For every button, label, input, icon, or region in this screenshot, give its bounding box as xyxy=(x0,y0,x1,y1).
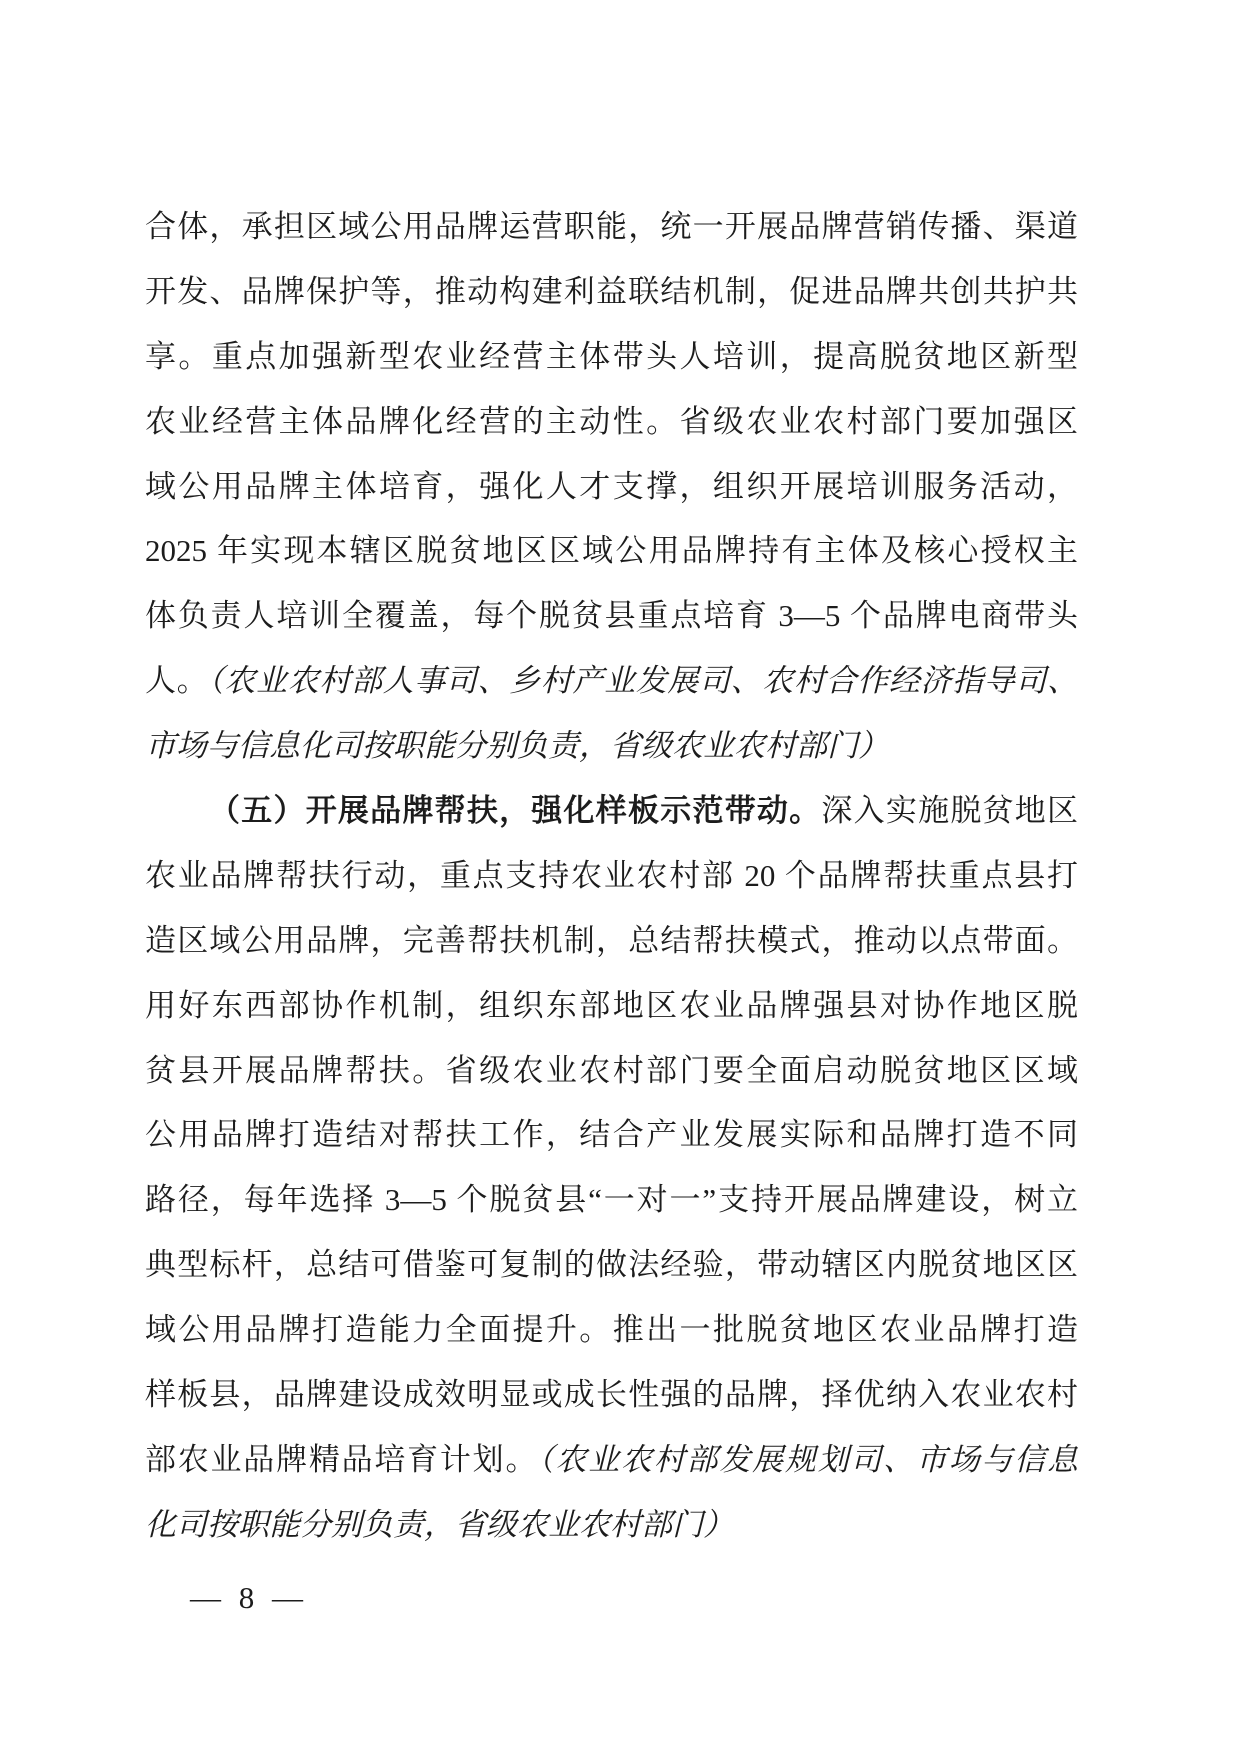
text-line: 部农业品牌精品培育计划。（农业农村部发展规划司、市场与信息 xyxy=(145,1428,1078,1493)
text-segment-body: 贫县开展品牌帮扶。省级农业农村部门要全面启动脱贫地区区域 xyxy=(145,1053,1078,1088)
text-line: 农业品牌帮扶行动，重点支持农业农村部 20 个品牌帮扶重点县打 xyxy=(145,844,1078,909)
text-segment-body: 域公用品牌打造能力全面提升。推出一批脱贫地区农业品牌打造 xyxy=(145,1312,1078,1347)
text-segment-body: 用好东西部协作机制，组织东部地区农业品牌强县对协作地区脱 xyxy=(145,988,1078,1023)
text-line: 路径，每年选择 3—5 个脱贫县“一对一”支持开展品牌建设，树立 xyxy=(145,1168,1078,1233)
text-line: 享。重点加强新型农业经营主体带头人培训，提高脱贫地区新型 xyxy=(145,325,1078,390)
text-segment-body: 2025 年实现本辖区脱贫地区区域公用品牌持有主体及核心授权主 xyxy=(145,533,1078,568)
text-segment-body: 开发、品牌保护等，推动构建利益联结机制，促进品牌共创共护共 xyxy=(145,274,1078,309)
text-line: 公用品牌打造结对帮扶工作，结合产业发展实际和品牌打造不同 xyxy=(145,1103,1078,1168)
text-line: 典型标杆，总结可借鉴可复制的做法经验，带动辖区内脱贫地区区 xyxy=(145,1233,1078,1298)
document-page: 合体，承担区域公用品牌运营职能，统一开展品牌营销传播、渠道开发、品牌保护等，推动… xyxy=(0,0,1240,1754)
text-segment-body: 域公用品牌主体培育，强化人才支撑，组织开展培训服务活动， xyxy=(145,469,1078,504)
text-line: 域公用品牌主体培育，强化人才支撑，组织开展培训服务活动， xyxy=(145,455,1078,520)
text-line: 市场与信息化司按职能分别负责，省级农业农村部门） xyxy=(145,714,1078,779)
text-segment-body: 农业经营主体品牌化经营的主动性。省级农业农村部门要加强区 xyxy=(145,404,1078,439)
text-segment-body: 合体，承担区域公用品牌运营职能，统一开展品牌营销传播、渠道 xyxy=(145,209,1078,244)
page-number: — 8 — xyxy=(190,1578,308,1618)
text-line: 贫县开展品牌帮扶。省级农业农村部门要全面启动脱贫地区区域 xyxy=(145,1039,1078,1104)
text-segment-body: 部农业品牌精品培育计划。 xyxy=(145,1442,538,1477)
text-line: 化司按职能分别负责，省级农业农村部门） xyxy=(145,1493,1078,1558)
text-segment-body: 样板县，品牌建设成效明显或成长性强的品牌，择优纳入农业农村 xyxy=(145,1377,1078,1412)
text-segment-body: 路径，每年选择 3—5 个脱贫县“一对一”支持开展品牌建设，树立 xyxy=(145,1182,1078,1217)
text-segment-kai: （农业农村部发展规划司、市场与信息 xyxy=(538,1442,1078,1477)
text-segment-body: 人。 xyxy=(145,663,208,698)
text-segment-body: 造区域公用品牌，完善帮扶机制，总结帮扶模式，推动以点带面。 xyxy=(145,923,1078,958)
text-segment-kai: （农业农村部人事司、乡村产业发展司、农村合作经济指导司、 xyxy=(208,663,1078,698)
text-segment-body: 体负责人培训全覆盖，每个脱贫县重点培育 3—5 个品牌电商带头 xyxy=(145,598,1078,633)
text-line: 2025 年实现本辖区脱贫地区区域公用品牌持有主体及核心授权主 xyxy=(145,519,1078,584)
text-segment-body: 公用品牌打造结对帮扶工作，结合产业发展实际和品牌打造不同 xyxy=(145,1117,1078,1152)
text-line: 样板县，品牌建设成效明显或成长性强的品牌，择优纳入农业农村 xyxy=(145,1363,1078,1428)
text-line: 合体，承担区域公用品牌运营职能，统一开展品牌营销传播、渠道 xyxy=(145,195,1078,260)
text-line: 人。（农业农村部人事司、乡村产业发展司、农村合作经济指导司、 xyxy=(145,649,1078,714)
text-segment-kai: 市场与信息化司按职能分别负责，省级农业农村部门） xyxy=(145,728,889,763)
text-line: 体负责人培训全覆盖，每个脱贫县重点培育 3—5 个品牌电商带头 xyxy=(145,584,1078,649)
text-line: （五）开展品牌帮扶，强化样板示范带动。深入实施脱贫地区 xyxy=(145,779,1078,844)
text-line: 域公用品牌打造能力全面提升。推出一批脱贫地区农业品牌打造 xyxy=(145,1298,1078,1363)
text-segment-body: 农业品牌帮扶行动，重点支持农业农村部 20 个品牌帮扶重点县打 xyxy=(145,858,1078,893)
document-body: 合体，承担区域公用品牌运营职能，统一开展品牌营销传播、渠道开发、品牌保护等，推动… xyxy=(145,195,1078,1558)
text-segment-body: 享。重点加强新型农业经营主体带头人培训，提高脱贫地区新型 xyxy=(145,339,1078,374)
text-segment-body: 典型标杆，总结可借鉴可复制的做法经验，带动辖区内脱贫地区区 xyxy=(145,1247,1078,1282)
text-line: 用好东西部协作机制，组织东部地区农业品牌强县对协作地区脱 xyxy=(145,974,1078,1039)
text-segment-bold: （五）开展品牌帮扶，强化样板示范带动。 xyxy=(209,793,821,828)
text-line: 农业经营主体品牌化经营的主动性。省级农业农村部门要加强区 xyxy=(145,390,1078,455)
text-line: 开发、品牌保护等，推动构建利益联结机制，促进品牌共创共护共 xyxy=(145,260,1078,325)
text-segment-kai: 化司按职能分别负责，省级农业农村部门） xyxy=(145,1507,734,1542)
text-segment-body: 深入实施脱贫地区 xyxy=(821,793,1078,828)
text-line: 造区域公用品牌，完善帮扶机制，总结帮扶模式，推动以点带面。 xyxy=(145,909,1078,974)
